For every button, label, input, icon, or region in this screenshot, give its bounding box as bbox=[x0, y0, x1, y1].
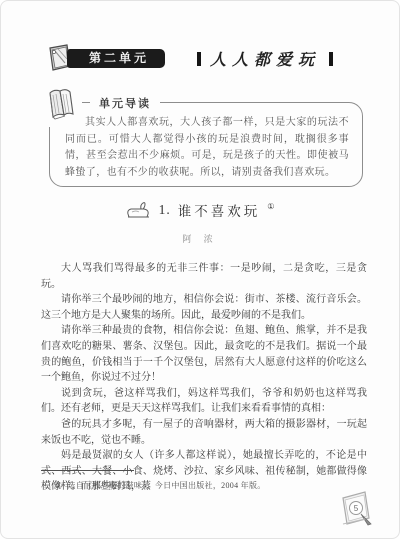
page-number: 5 bbox=[349, 501, 363, 515]
lesson-title-text: 谁不喜欢玩 bbox=[178, 200, 261, 220]
unit-guide-box: 单元导读 其实人人都喜欢玩，大人孩子都一样，只是大家的玩法不同而已。可惜大人都觉… bbox=[49, 102, 363, 187]
paragraph: 请你举三种最贵的食物，相信你会说：鱼翅、鲍鱼、熊掌，并不是我们喜欢吃的糖果、薯条… bbox=[41, 323, 367, 385]
footnote-divider bbox=[41, 470, 134, 471]
textbook-page: 第二单元 人人都爱玩 单元导读 其实人人都喜欢玩，大人孩子都一样，只是大家的玩法… bbox=[0, 0, 400, 539]
footnote-marker: ① bbox=[55, 481, 62, 490]
unit-guide-label: 单元导读 bbox=[90, 95, 160, 111]
unit-title: 人人都爱玩 bbox=[197, 47, 333, 70]
ink-brush-icon bbox=[126, 201, 152, 219]
unit-title-text: 人人都爱玩 bbox=[210, 47, 320, 70]
paragraph: 大人骂我们骂得最多的无非三件事：一是吵闹，二是贪吃，三是贪玩。 bbox=[41, 261, 367, 292]
footnote: ①选自《被忽略的滋味》，今日中国出版社，2004 年版。 bbox=[41, 480, 367, 491]
lesson-body: 大人骂我们骂得最多的无非三件事：一是吵闹，二是贪吃，三是贪玩。 请你举三个最吵闹… bbox=[41, 261, 367, 495]
lesson-number: 1. bbox=[159, 202, 171, 218]
paragraph: 请你举三个最吵闹的地方，相信你会说：街市、茶楼、流行音乐会。这三个地方是大人聚集… bbox=[41, 292, 367, 323]
author-name: 阿 浓 bbox=[1, 232, 399, 245]
decorative-bar-right bbox=[329, 52, 333, 66]
unit-number-badge: 第二单元 bbox=[67, 49, 165, 68]
paragraph: 说到贪玩，爸这样骂我们，妈这样骂我们，爷爷和奶奶也这样骂我们。还有老师，更是天天… bbox=[41, 386, 367, 417]
page-number-marker: 5 bbox=[335, 488, 375, 530]
unit-header: 第二单元 人人都爱玩 bbox=[47, 47, 363, 73]
lesson-title: 1. 谁不喜欢玩 ① bbox=[1, 200, 399, 220]
footnote-text: 选自《被忽略的滋味》，今日中国出版社，2004 年版。 bbox=[67, 481, 265, 490]
unit-guide-text: 其实人人都喜欢玩，大人孩子都一样，只是大家的玩法不同而已。可惜大人都觉得小孩的玩… bbox=[65, 115, 349, 181]
paragraph: 爸的玩具才多呢，有一屋子的音响器材，两大箱的摄影器材，一玩起来饭也不吃，觉也不睡… bbox=[41, 417, 367, 448]
lesson-footnote-ref: ① bbox=[267, 202, 274, 211]
decorative-bar-left bbox=[197, 52, 201, 66]
